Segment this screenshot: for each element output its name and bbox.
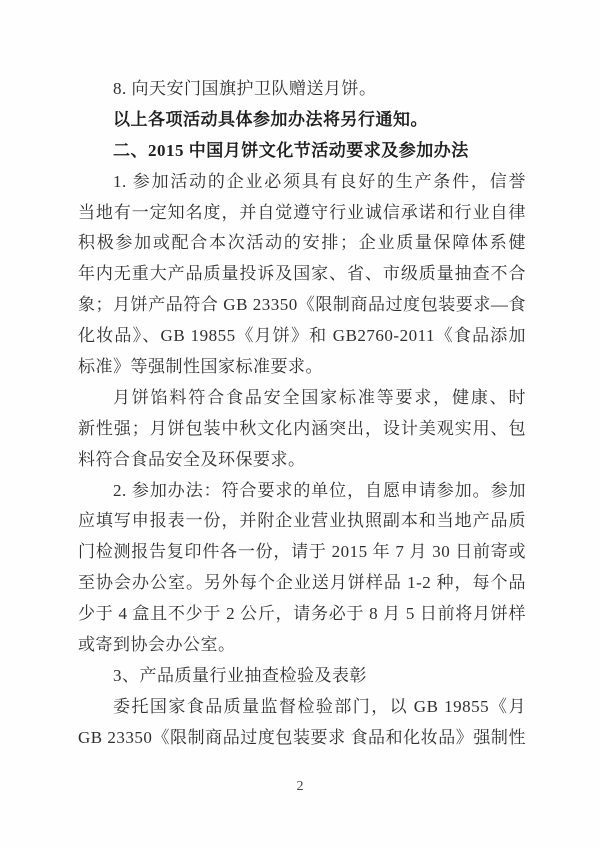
text-line: 8. 向天安门国旗护卫队赠送月饼。: [78, 74, 526, 105]
text-line: 化妆品》、GB 19855《月饼》和 GB2760-2011《食品添加剂使用: [78, 321, 526, 352]
text-line: 至协会办公室。另外每个企业送月饼样品 1-2 种，每个品种不: [78, 568, 526, 599]
text-line: 委托国家食品质量监督检验部门，以 GB 19855《月饼》和: [78, 692, 526, 723]
text-line: 年内无重大产品质量投诉及国家、省、市级质量抽查不合格现: [78, 259, 526, 290]
text-line: 料符合食品安全及环保要求。: [78, 445, 526, 476]
text-line: 新性强；月饼包装中秋文化内涵突出，设计美观实用、包装材: [78, 414, 526, 445]
text-line: 或寄到协会办公室。: [78, 630, 526, 661]
text-line: 以上各项活动具体参加办法将另行通知。: [78, 105, 526, 136]
text-line: 积极参加或配合本次活动的安排；企业质量保障体系健全，三: [78, 228, 526, 259]
subsection-heading: 3、产品质量行业抽查检验及表彰: [78, 661, 526, 692]
section-heading: 二、2015 中国月饼文化节活动要求及参加办法: [78, 136, 526, 167]
text-line: 当地有一定知名度，并自觉遵守行业诚信承诺和行业自律条约，: [78, 198, 526, 229]
text-line: 1. 参加活动的企业必须具有良好的生产条件，信誉好，在: [78, 167, 526, 198]
text-line: 门检测报告复印件各一份，请于 2015 年 7 月 30 日前寄或传真: [78, 537, 526, 568]
text-line: 应填写申报表一份，并附企业营业执照副本和当地产品质检部: [78, 506, 526, 537]
document-page: 8. 向天安门国旗护卫队赠送月饼。 以上各项活动具体参加办法将另行通知。 二、2…: [0, 0, 600, 848]
document-body: 8. 向天安门国旗护卫队赠送月饼。 以上各项活动具体参加办法将另行通知。 二、2…: [78, 74, 526, 754]
text-line: 2. 参加办法：符合要求的单位，自愿申请参加。参加单位: [78, 476, 526, 507]
text-line: 标准》等强制性国家标准要求。: [78, 352, 526, 383]
text-line: GB 23350《限制商品过度包装要求 食品和化妆品》强制性国家: [78, 723, 526, 754]
text-line: 少于 4 盒且不少于 2 公斤，请务必于 8 月 5 日前将月饼样品送: [78, 599, 526, 630]
text-line: 象；月饼产品符合 GB 23350《限制商品过度包装要求—食品和: [78, 290, 526, 321]
page-number: 2: [0, 779, 600, 795]
text-line: 月饼馅料符合食品安全国家标准等要求，健康、时尚、创: [78, 383, 526, 414]
